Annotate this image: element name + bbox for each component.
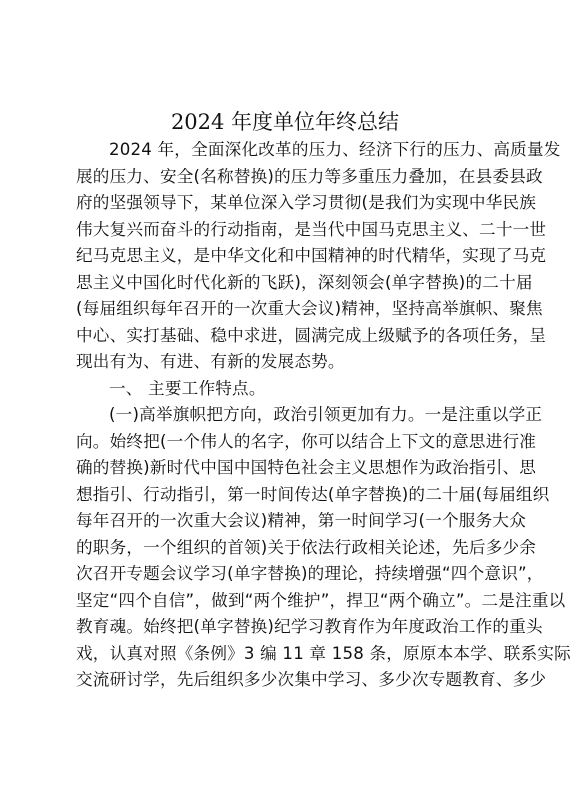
paragraph-line: (一)高举旗帜把方向，政治引领更加有力。一是注重以学正 (76, 402, 494, 429)
document-page: 2024 年度单位年终总结 2024 年，全面深化改革的压力、经济下行的压力、高… (0, 0, 570, 807)
paragraph-line: (每届组织每年召开的一次重大会议)精神，坚持高举旗帜、聚焦 (76, 296, 494, 323)
paragraph-line: 次召开专题会议学习(单字替换)的理论，持续增强“四个意识”， (76, 561, 494, 588)
paragraph-line: 向。始终把(一个伟人的名字，你可以结合上下文的意思进行准 (76, 429, 494, 456)
paragraph-line: 纪马克思主义，是中华文化和中国精神的时代精华，实现了马克 (76, 243, 494, 270)
paragraph-line: 交流研讨学，先后组织多少次集中学习、多少次专题教育、多少 (76, 667, 494, 694)
paragraph-line: 展的压力、安全(名称替换)的压力等多重压力叠加，在县委县政 (76, 164, 494, 191)
paragraph-line: 想指引、行动指引，第一时间传达(单字替换)的二十届(每届组织 (76, 482, 494, 509)
paragraph-line: 伟大复兴而奋斗的行动指南，是当代中国马克思主义、二十一世 (76, 217, 494, 244)
paragraph-line: 府的坚强领导下，某单位深入学习贯彻(是我们为实现中华民族 (76, 190, 494, 217)
paragraph-line: 每年召开的一次重大会议)精神，第一时间学习(一个服务大众 (76, 508, 494, 535)
document-body: 2024 年，全面深化改革的压力、经济下行的压力、高质量发 展的压力、安全(名称… (76, 137, 494, 694)
paragraph-line: 现出有为、有进、有新的发展态势。 (76, 349, 494, 376)
paragraph-line: 的职务，一个组织的首领)关于依法行政相关论述，先后多少余 (76, 535, 494, 562)
paragraph-line: 戏，认真对照《条例》3 编 11 章 158 条，原原本本学、联系实际学、 (76, 641, 494, 668)
paragraph-line: 确的替换)新时代中国中国特色社会主义思想作为政治指引、思 (76, 455, 494, 482)
paragraph-line: 思主义中国化时代化新的飞跃)，深刻领会(单字替换)的二十届 (76, 270, 494, 297)
section-heading: 一、 主要工作特点。 (76, 376, 494, 403)
document-title: 2024 年度单位年终总结 (0, 108, 570, 136)
paragraph-line: 坚定“四个自信”，做到“两个维护”，捍卫“两个确立”。二是注重以 (76, 588, 494, 615)
paragraph-line: 教育魂。始终把(单字替换)纪学习教育作为年度政治工作的重头 (76, 614, 494, 641)
paragraph-line: 中心、实打基础、稳中求进，圆满完成上级赋予的各项任务，呈 (76, 323, 494, 350)
paragraph-line: 2024 年，全面深化改革的压力、经济下行的压力、高质量发 (76, 137, 494, 164)
